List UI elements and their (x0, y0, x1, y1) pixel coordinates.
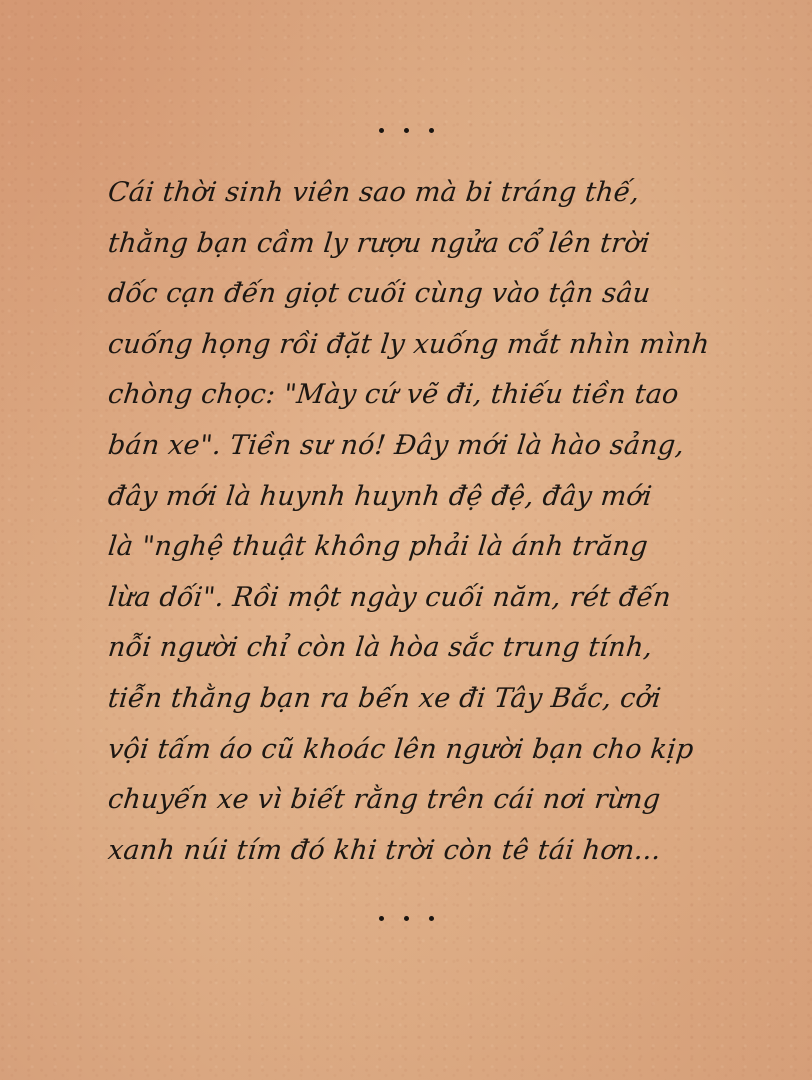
letter-line: dốc cạn đến giọt cuối cùng vào tận sâu (105, 269, 750, 320)
ornament-dot (429, 128, 434, 133)
ornament-top (0, 128, 812, 133)
letter-line: bán xe". Tiền sư nó! Đây mới là hào sảng… (105, 421, 750, 472)
ornament-bottom (0, 916, 812, 921)
letter-line: chòng chọc: "Mày cứ vẽ đi, thiếu tiền ta… (105, 370, 750, 421)
letter-line: đây mới là huynh huynh đệ đệ, đây mới (105, 472, 750, 523)
letter-line: xanh núi tím đó khi trời còn tê tái hơn.… (105, 826, 750, 877)
letter-line: lừa dối". Rồi một ngày cuối năm, rét đến (105, 573, 750, 624)
ornament-dot (379, 916, 384, 921)
letter-line: cuống họng rồi đặt ly xuống mắt nhìn mìn… (105, 320, 750, 371)
ornament-dot (404, 916, 409, 921)
letter-line: thằng bạn cầm ly rượu ngửa cổ lên trời (105, 219, 750, 270)
handwritten-letter: Cái thời sinh viên sao mà bi tráng thế, … (108, 168, 748, 876)
ornament-dot (429, 916, 434, 921)
ornament-dot (404, 128, 409, 133)
letter-line: là "nghệ thuật không phải là ánh trăng (105, 522, 750, 573)
letter-line: tiễn thằng bạn ra bến xe đi Tây Bắc, cởi (105, 674, 750, 725)
letter-line: vội tấm áo cũ khoác lên người bạn cho kị… (105, 725, 750, 776)
letter-line: chuyến xe vì biết rằng trên cái nơi rừng (105, 775, 750, 826)
letter-line: nỗi người chỉ còn là hòa sắc trung tính, (105, 623, 750, 674)
letter-line: Cái thời sinh viên sao mà bi tráng thế, (105, 168, 750, 219)
ornament-dot (379, 128, 384, 133)
